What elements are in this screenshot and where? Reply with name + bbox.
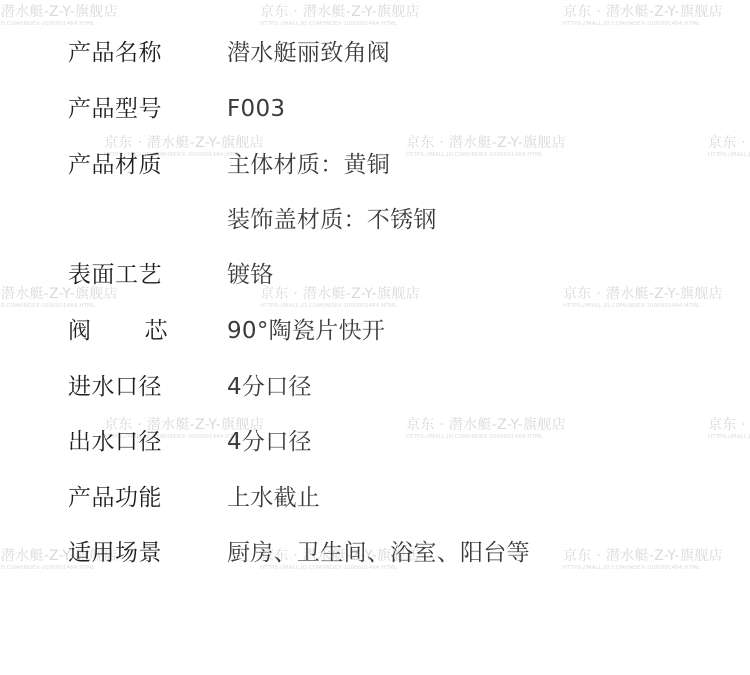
spec-row-use-scenarios: 适用场景 厨房、卫生间、浴室、阳台等 [68, 536, 708, 570]
spec-label: 出水口径 [68, 425, 188, 459]
spec-label: 适用场景 [68, 536, 188, 570]
spec-value: 潜水艇丽致角阀 [227, 36, 390, 70]
spec-row-product-name: 产品名称 潜水艇丽致角阀 [68, 36, 708, 70]
watermark-url: HTTPS://MALL.JD.COM/INDEX-1000001464.HTM… [260, 22, 420, 28]
spec-row-surface-finish: 表面工艺 镀铬 [68, 258, 708, 292]
spec-value: 上水截止 [227, 481, 320, 515]
watermark: 京东 · 潜水艇-Z-Y-旗舰店 HTTPS://MALL.JD.COM/IND… [563, 5, 723, 28]
watermark-title: 京东 · 潜水艇-Z-Y-旗舰店 [260, 5, 420, 19]
watermark-title: 京东 · 潜水艇-Z-Y-旗舰店 [563, 5, 723, 19]
spec-row-function: 产品功能 上水截止 [68, 481, 708, 515]
spec-value: 装饰盖材质：不锈钢 [227, 203, 437, 237]
spec-value: 镀铬 [227, 258, 274, 292]
spec-value: 主体材质：黄铜 [227, 148, 390, 182]
watermark: 京东 · 潜水艇-Z-Y-旗舰店 HTTPS://MALL.JD.COM/IND… [0, 5, 118, 28]
watermark-url: HTTPS://MALL.JD.COM/INDEX-1000001464.HTM… [260, 304, 420, 310]
spec-row-material: 产品材质 主体材质：黄铜 [68, 148, 708, 182]
spec-value: 4分口径 [227, 370, 312, 404]
spec-label: 产品名称 [68, 36, 188, 70]
watermark-url: HTTPS://MALL.JD.COM/INDEX-1000001464.HTM… [708, 153, 750, 159]
spec-label: 表面工艺 [68, 258, 188, 292]
watermark-title: 京东 · 潜水艇-Z-Y-旗舰店 [0, 5, 118, 19]
watermark: 京东 · 潜水艇-Z-Y-旗舰店 HTTPS://MALL.JD.COM/IND… [708, 418, 750, 441]
watermark-url: HTTPS://MALL.JD.COM/INDEX-1000001464.HTM… [563, 22, 723, 28]
spec-value: 厨房、卫生间、浴室、阳台等 [227, 536, 530, 570]
spec-label: 产品功能 [68, 481, 188, 515]
spec-label: 阀 芯 [68, 314, 168, 348]
watermark: 京东 · 潜水艇-Z-Y-旗舰店 HTTPS://MALL.JD.COM/IND… [708, 136, 750, 159]
spec-value: 90°陶瓷片快开 [227, 314, 385, 348]
spec-row-inlet-diameter: 进水口径 4分口径 [68, 370, 708, 404]
spec-label-part: 阀 [68, 314, 92, 348]
watermark-url: HTTPS://MALL.JD.COM/INDEX-1000001464.HTM… [708, 435, 750, 441]
spec-label: 产品型号 [68, 92, 188, 126]
spec-row-outlet-diameter: 出水口径 4分口径 [68, 425, 708, 459]
watermark-url: HTTPS://MALL.JD.COM/INDEX-1000001464.HTM… [0, 304, 118, 310]
spec-value: 4分口径 [227, 425, 312, 459]
spec-label: 进水口径 [68, 370, 188, 404]
spec-label: 产品材质 [68, 148, 188, 182]
watermark-url: HTTPS://MALL.JD.COM/INDEX-1000001464.HTM… [0, 22, 118, 28]
spec-row-model: 产品型号 F003 [68, 92, 708, 126]
watermark-title: 京东 · 潜水艇-Z-Y-旗舰店 [708, 418, 750, 432]
watermark-url: HTTPS://MALL.JD.COM/INDEX-1000001464.HTM… [563, 304, 723, 310]
spec-row-valve-core: 阀 芯 90°陶瓷片快开 [68, 314, 708, 348]
spec-label-part: 芯 [145, 314, 169, 348]
spec-row-material-cover: 装饰盖材质：不锈钢 [68, 203, 708, 237]
watermark-title: 京东 · 潜水艇-Z-Y-旗舰店 [708, 136, 750, 150]
watermark: 京东 · 潜水艇-Z-Y-旗舰店 HTTPS://MALL.JD.COM/IND… [260, 5, 420, 28]
spec-value: F003 [227, 92, 285, 126]
